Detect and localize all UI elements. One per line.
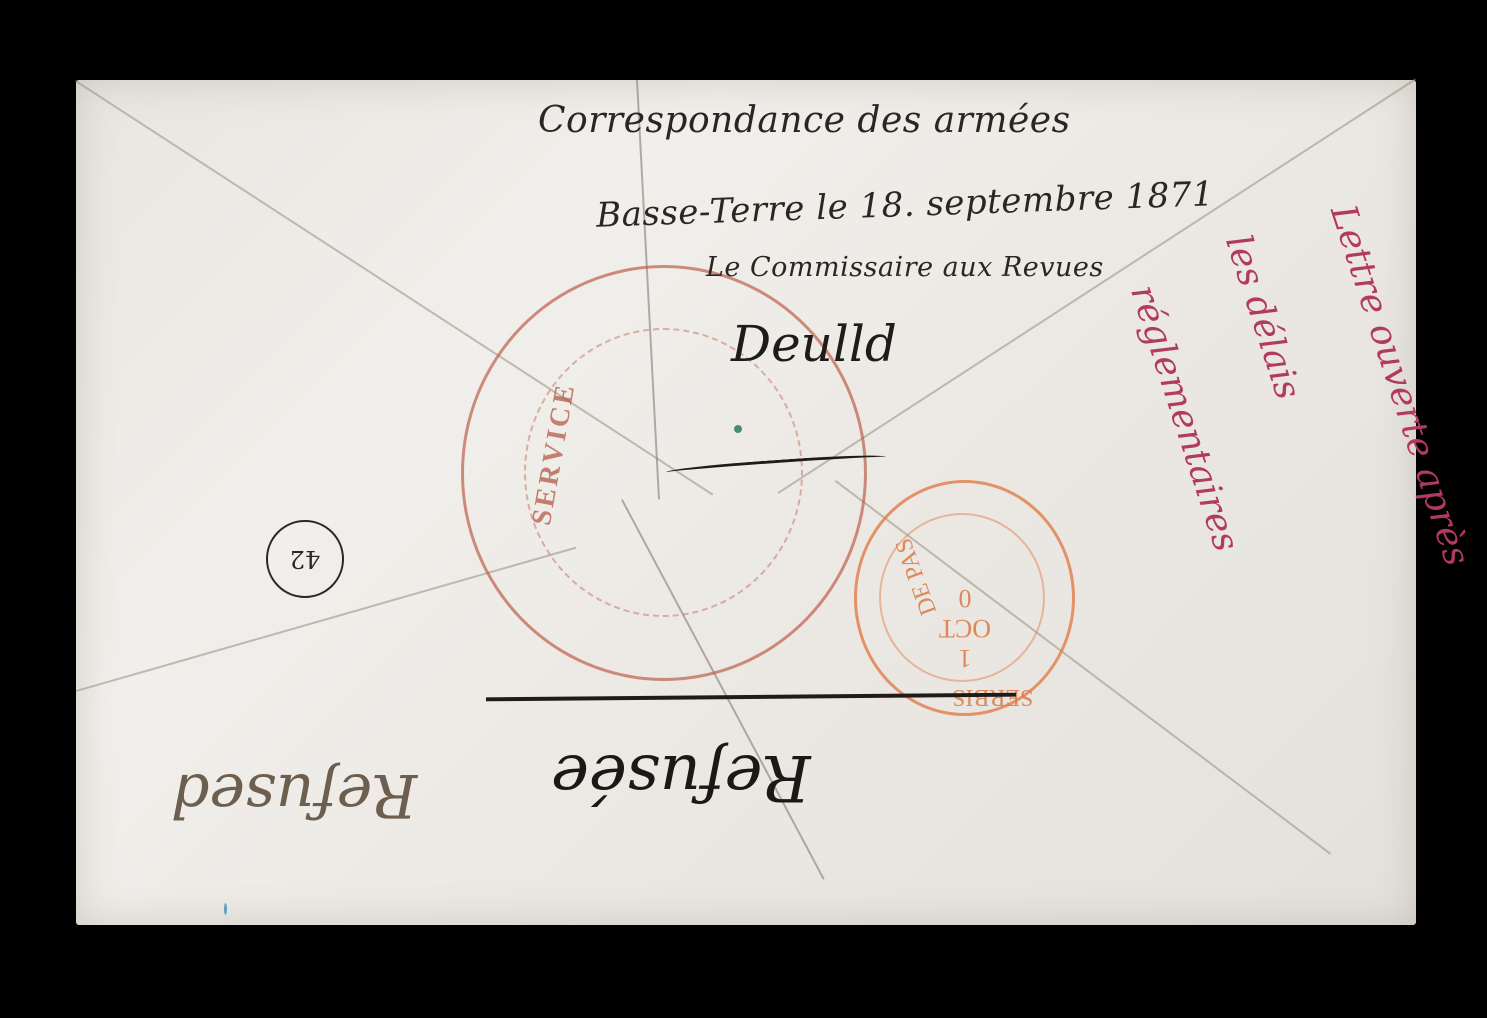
orange-date-postmark: DE PAS SERBIS 1 OCT 0 <box>854 480 1075 716</box>
inscription-line-3: Le Commissaire aux Revues <box>706 252 1104 283</box>
refused-note-black: Refusée <box>551 740 811 814</box>
blue-ink-speck <box>224 903 227 915</box>
inscription-line-1: Correspondance des armées <box>538 100 1071 141</box>
flap-fold-right <box>778 79 1416 494</box>
small-circular-handstamp: 42 <box>266 520 344 598</box>
refused-note-brown: Refused <box>171 760 417 830</box>
red-note-line-2: les délais <box>1217 230 1309 404</box>
red-note-line-1: Lettre ouverte après <box>1322 200 1477 571</box>
handstamp-number: 42 <box>290 545 321 573</box>
inscription-line-2: Basse-Terre le 18. septembre 1871 <box>595 174 1214 236</box>
green-ink-speck <box>734 425 742 433</box>
envelope: SERVICE DE PAS SERBIS 1 OCT 0 Correspond… <box>76 80 1416 925</box>
orange-postmark-date: 1 OCT 0 <box>939 583 991 673</box>
date-line-2: OCT <box>939 613 991 643</box>
date-line-1: 1 <box>939 643 991 673</box>
red-note-line-3: réglementaires <box>1122 280 1247 557</box>
signature: Deulld <box>731 315 897 373</box>
date-line-3: 0 <box>939 583 991 613</box>
